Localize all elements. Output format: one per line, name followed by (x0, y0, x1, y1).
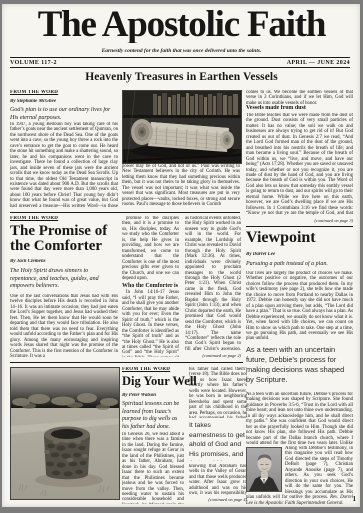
page-number: 1 (346, 495, 356, 503)
promise-col2-part2: In John 14:16-17 Jesus said, “I will pra… (122, 290, 179, 357)
portrait-illustration (247, 448, 281, 491)
lead-article-col1: In 1947, a young Bedouin boy was taking … (10, 122, 118, 207)
dead-sea-scroll-photo (122, 90, 242, 164)
lead-article-headline: Heavenly Treasures in Earthen Vessels (0, 71, 363, 83)
dig-article-col2-top: his father had called them” (verse 18). … (189, 367, 247, 418)
promise-col2-part1: promise to the disciples then, and it is… (122, 216, 179, 281)
masthead-rule-top (10, 57, 350, 58)
promise-article-byline: By Jack Clemens (10, 259, 118, 264)
promise-article-headline: The Promise of the Comforter (10, 224, 120, 255)
lead-article-col3-intro: comes to us. We become the earthen vesse… (246, 90, 353, 104)
promise-article-kicker: FROM THE WORD (10, 216, 118, 221)
issue-date-label: APRIL — JUNE 2024 (287, 60, 350, 66)
viewpoint-pull-quote: As a teen with an uncertain future, Debb… (246, 345, 353, 389)
volume-label: VOLUME 117-2 (10, 60, 57, 66)
promise-section-rule (10, 212, 240, 213)
viewpoint-section-rule (246, 226, 353, 227)
lead-article-kicker: FROM THE WORD (10, 90, 118, 95)
volume-row: VOLUME 117-2 APRIL — JUNE 2024 (10, 60, 350, 66)
dig-section-rule (10, 362, 243, 363)
stone-well-photo (10, 367, 120, 500)
dig-article-deck: Spiritual lessons can be learned from Is… (122, 401, 182, 430)
masthead-rule-bottom (10, 67, 350, 68)
promise-article-deck: The Holy Spirit draws sinners to repenta… (10, 268, 114, 292)
lead-article-col3-body: The Bible teaches that we were made from… (246, 113, 353, 217)
dig-article-col2-bottom: knowing that Abraham had wells in the Va… (189, 464, 247, 495)
lead-article-deck: God’s plan is to use our ordinary lives … (10, 107, 116, 121)
promise-article-continued: (continued on page 2) (185, 353, 241, 358)
viewpoint-body-top: Our lives are largely the product of cho… (246, 271, 353, 342)
promise-article-col1: One of the last conversations that Jesus… (10, 294, 118, 357)
viewpoint-headline: Viewpoint (246, 230, 353, 246)
viewpoint-body-bottom-block: Along with Debbie’s testimony, in this m… (246, 446, 353, 505)
darrel-lee-portrait-photo (246, 447, 282, 492)
viewpoint-byline: By Darrel Lee (246, 252, 353, 257)
dig-article-byline: By Peter Watson (122, 393, 184, 398)
promise-article-subhead: Who the Comforter is (122, 283, 179, 289)
lead-article-continued: (continued on page 3) (246, 218, 353, 223)
dig-article-pull-quote: It takes earnestness to get ahold of God… (189, 421, 247, 461)
lead-article-col2: power may be of God, and not of us.” Pau… (122, 164, 240, 209)
masthead-tagline: Earnestly contend for the faith that was… (0, 48, 363, 54)
scroll-photo-illustration (123, 91, 241, 163)
lead-article-subhead: Vessels made from dust (246, 105, 353, 111)
viewpoint-body-mid: As a teen with an uncertain future, Debb… (246, 392, 353, 444)
newspaper-front-page: The Apostolic Faith Earnestly contend fo… (0, 0, 363, 513)
dig-article-kicker: FROM THE WORD (122, 367, 192, 372)
promise-article-col2: promise to the disciples then, and it is… (122, 216, 179, 357)
dig-article-col1: In Genesis 26, we read about a time when… (122, 432, 184, 504)
well-photo-illustration (11, 368, 119, 499)
promise-article-col3: as historical events unfolded, the Holy … (185, 216, 241, 352)
viewpoint-deck: Pursuing a path instead of a plan. (246, 261, 353, 269)
dig-article-continued: (continued on page 4) (189, 497, 247, 502)
lead-article-byline: By Stephanie McGhee (10, 99, 118, 104)
masthead-title: The Apostolic Faith (0, 6, 363, 43)
